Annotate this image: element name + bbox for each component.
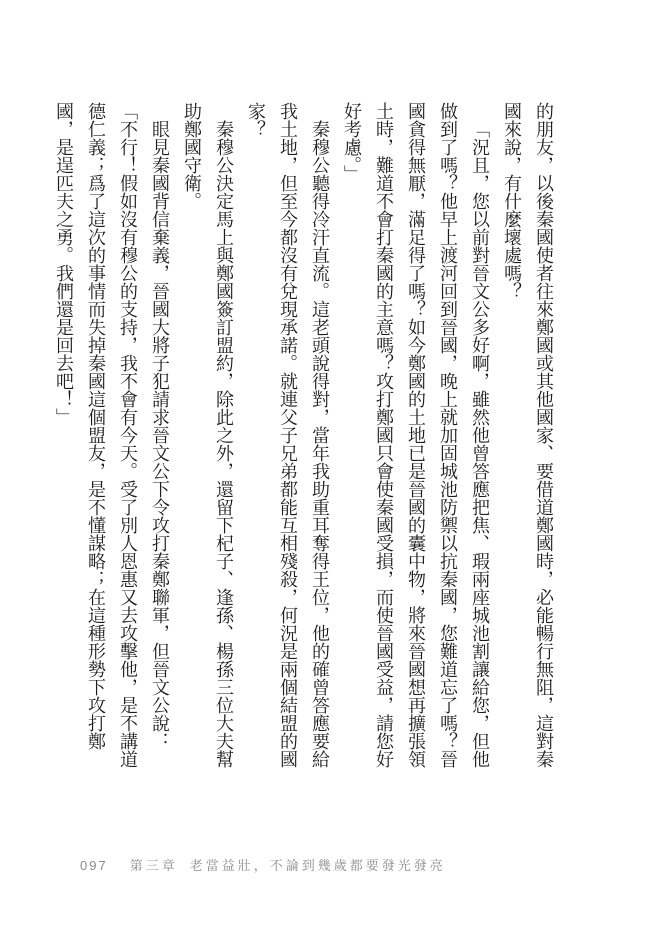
paragraph: 秦穆公決定馬上與鄭國簽訂盟約，除此之外，還留下杞子、逢孫、楊孫三位大夫幫助鄭國守…: [176, 102, 240, 772]
paragraph: 秦穆公聽得冷汗直流。這老頭說得對，當年我助重耳奪得王位，他的確曾答應要給我土地，…: [240, 102, 336, 772]
paragraph: 眼見秦國背信棄義，晉國大將子犯請求晉文公下令攻打秦鄭聯軍，但晉文公說：「不行！假…: [48, 102, 176, 772]
chapter-title: 老當益壯，不論到幾歲都要發光發亮: [190, 858, 446, 873]
paragraph: 「況且，您以前對晉文公多好啊，雖然他曾答應把焦、瑕兩座城池割讓給您，但他做到了嗎…: [336, 102, 496, 772]
body-text: 的朋友，以後秦國使者往來鄭國或其他國家、要借道鄭國時，必能暢行無阻，這對秦國來說…: [48, 102, 560, 772]
book-page: 的朋友，以後秦國使者往來鄭國或其他國家、要借道鄭國時，必能暢行無阻，這對秦國來說…: [0, 0, 663, 932]
page-footer: 097第三章老當益壯，不論到幾歲都要發光發亮: [80, 855, 446, 874]
paragraph: 的朋友，以後秦國使者往來鄭國或其他國家、要借道鄭國時，必能暢行無阻，這對秦國來說…: [496, 102, 560, 772]
page-number: 097: [80, 858, 108, 873]
chapter-label: 第三章: [130, 858, 178, 873]
